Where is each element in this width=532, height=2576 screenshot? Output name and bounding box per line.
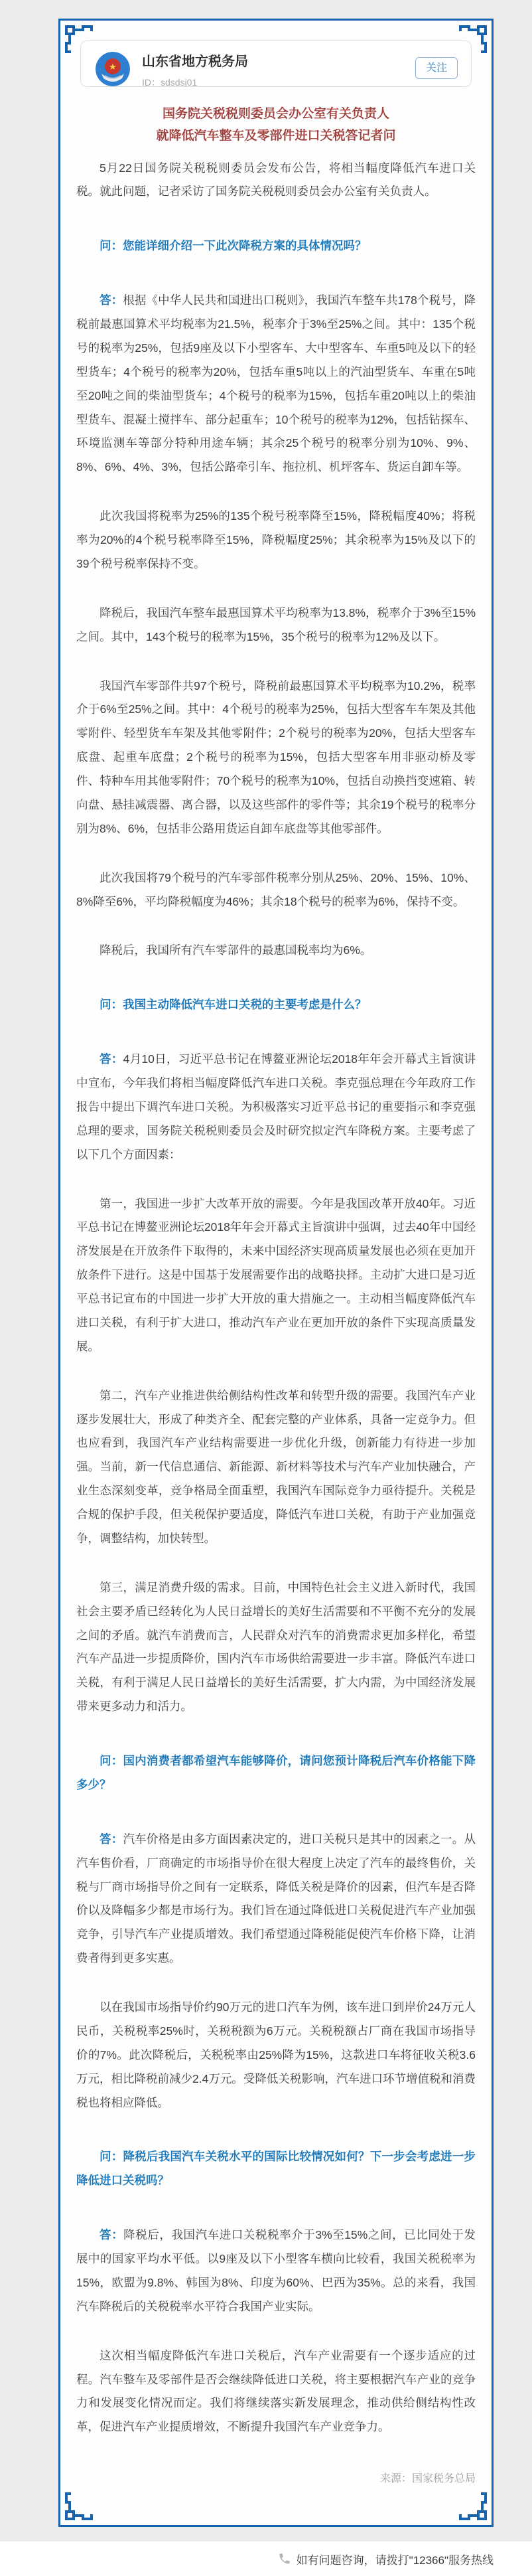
corner-ornament-icon (458, 2491, 488, 2522)
national-emblem-icon: ★ (96, 52, 130, 86)
intro-paragraph: 5月22日国务院关税税则委员会发布公告，将相当幅度降低汽车进口关税。就此问题，记… (76, 157, 476, 204)
corner-ornament-icon (64, 24, 94, 54)
org-meta: 山东省地方税务局 ID：sdsdsj01 (142, 52, 415, 87)
answer-paragraph: 答：降税后，我国汽车进口关税税率介于3%至15%之间，已比同处于发展中的国家平均… (76, 2223, 476, 2319)
question-text: 问：降税后我国汽车关税水平的国际比较情况如何？下一步会考虑进一步降低进口关税吗？ (76, 2145, 476, 2193)
question-text: 问：国内消费者都希望汽车能够降价，请问您预计降税后汽车价格能下降多少？ (76, 1749, 476, 1797)
answer-prefix: 答： (100, 2228, 123, 2241)
question-text: 问：您能详细介绍一下此次降税方案的具体情况吗？ (76, 234, 476, 258)
answer-paragraph: 此次我国将税率为25%的135个税号税率降至15%，降税幅度40%；将税率为20… (76, 505, 476, 576)
answer-paragraph: 第二，汽车产业推进供给侧结构性改革和转型升级的需要。我国汽车产业逐步发展壮大，形… (76, 1384, 476, 1551)
answer-paragraph: 第三，满足消费升级的需求。目前，中国特色社会主义进入新时代，我国社会主要矛盾已经… (76, 1576, 476, 1719)
answer-paragraph: 答：汽车价格是由多方面因素决定的，进口关税只是其中的因素之一。从汽车售价看，厂商… (76, 1828, 476, 1971)
answer-lead-text: 4月10日，习近平总书记在博鳌亚洲论坛2018年年会开幕式主旨演讲中宣布，今年我… (76, 1052, 476, 1161)
answer-paragraph: 答：4月10日，习近平总书记在博鳌亚洲论坛2018年年会开幕式主旨演讲中宣布，今… (76, 1048, 476, 1167)
article-source: 来源：国家税务总局 (76, 2470, 476, 2485)
answer-paragraph: 以在我国市场指导价约90万元的进口汽车为例，该车进口到岸价24万元人民币，关税税… (76, 1996, 476, 2115)
answer-lead-text: 根据《中华人民共和国进出口税则》，我国汽车整车共178个税号，降税前最惠国算术平… (76, 293, 476, 473)
article-title: 国务院关税税则委员会办公室有关负责人 就降低汽车整车及零部件进口关税答记者问 (76, 103, 476, 147)
org-id: ID：sdsdsj01 (142, 76, 415, 87)
article-page: ★ 山东省地方税务局 ID：sdsdsj01 关注 国务院关税税则委员会办公室有… (0, 19, 532, 2576)
corner-ornament-icon (458, 24, 488, 54)
corner-ornament-icon (64, 2491, 94, 2522)
answer-paragraph: 降税后，我国所有汽车零部件的最惠国税率均为6%。 (76, 939, 476, 963)
article-title-line1: 国务院关税税则委员会办公室有关负责人 (76, 103, 476, 125)
answer-paragraph: 此次我国将79个税号的汽车零部件税率分别从25%、20%、15%、10%、8%降… (76, 866, 476, 914)
answer-prefix: 答： (100, 293, 123, 307)
answer-lead-text: 降税后，我国汽车进口关税税率介于3%至15%之间，已比同处于发展中的国家平均水平… (76, 2228, 476, 2313)
follow-button[interactable]: 关注 (415, 57, 458, 79)
answer-paragraph: 我国汽车零部件共97个税号，降税前最惠国算术平均税率为10.2%，税率介于6%至… (76, 675, 476, 841)
article-card: ★ 山东省地方税务局 ID：sdsdsj01 关注 国务院关税税则委员会办公室有… (58, 19, 494, 2527)
answer-prefix: 答： (100, 1832, 123, 1846)
answer-paragraph: 第一，我国进一步扩大改革开放的需要。今年是我国改革开放40年。习近平总书记在博鳌… (76, 1192, 476, 1359)
answer-paragraph: 降税后，我国汽车整车最惠国算术平均税率为13.8%，税率介于3%至15%之间。其… (76, 602, 476, 649)
org-name: 山东省地方税务局 (142, 52, 415, 70)
hotline-text: 如有问题咨询，请拨打"12366"服务热线 (297, 2551, 494, 2567)
article-body: 国务院关税税则委员会办公室有关负责人 就降低汽车整车及零部件进口关税答记者问 5… (71, 103, 481, 2485)
hotline-bar: 如有问题咨询，请拨打"12366"服务热线 (0, 2541, 532, 2576)
footer-gap (0, 2527, 532, 2541)
article-title-line2: 就降低汽车整车及零部件进口关税答记者问 (76, 125, 476, 147)
answer-prefix: 答： (100, 1052, 123, 1066)
official-account-header: ★ 山东省地方税务局 ID：sdsdsj01 关注 (80, 40, 472, 87)
question-text: 问：我国主动降低汽车进口关税的主要考虑是什么？ (76, 993, 476, 1017)
svg-text:★: ★ (109, 62, 117, 72)
answer-lead-text: 汽车价格是由多方面因素决定的，进口关税只是其中的因素之一。从汽车售价看，厂商确定… (76, 1832, 476, 1965)
phone-icon (278, 2552, 291, 2565)
answer-paragraph: 这次相当幅度降低汽车进口关税后，汽车产业需要有一个逐步适应的过程。汽车整车及零部… (76, 2344, 476, 2440)
answer-paragraph: 答：根据《中华人民共和国进出口税则》，我国汽车整车共178个税号，降税前最惠国算… (76, 289, 476, 479)
